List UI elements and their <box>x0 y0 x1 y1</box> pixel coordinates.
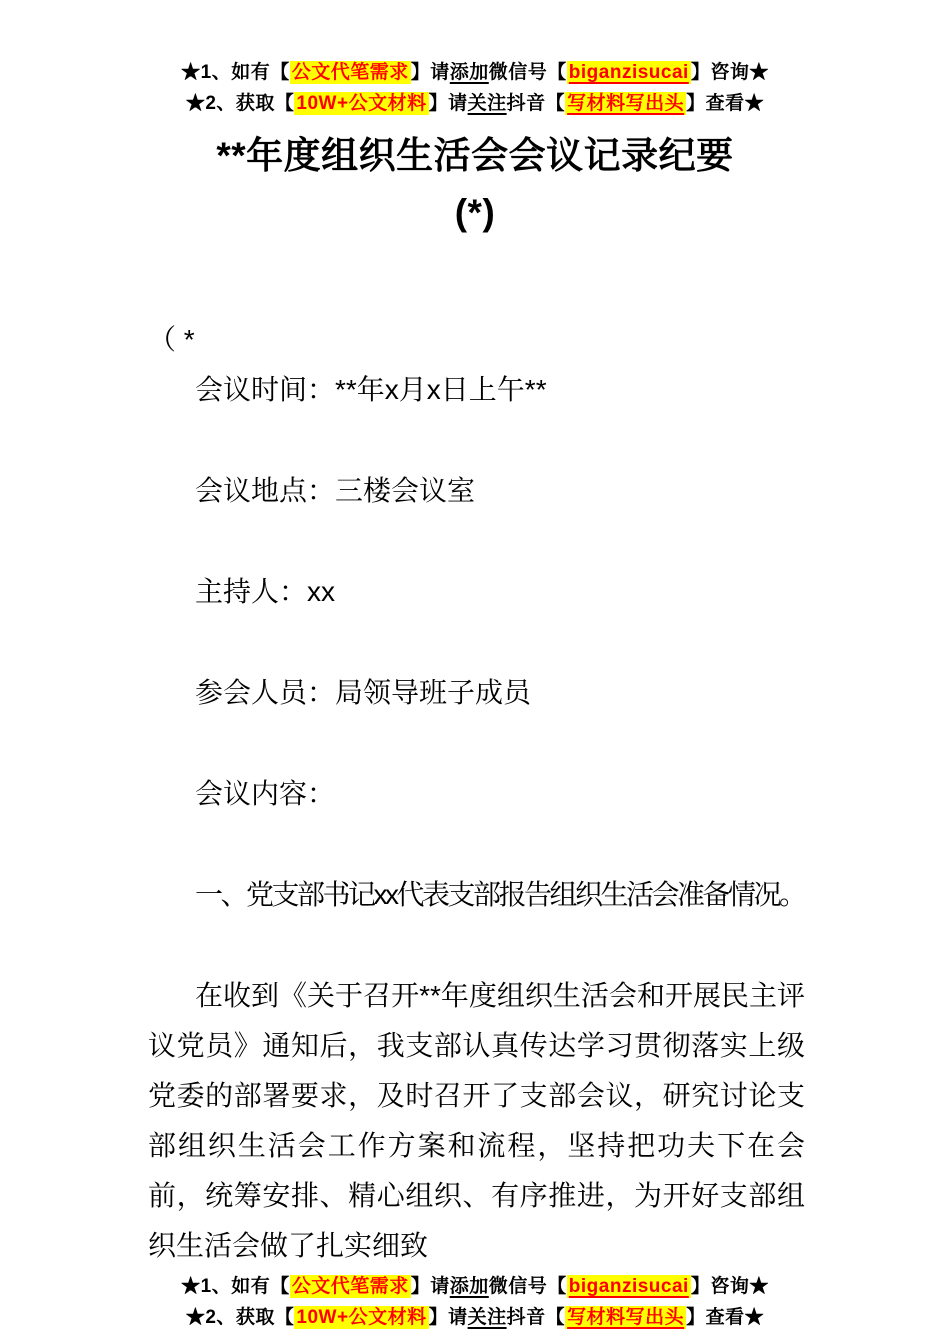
promo-segment: 】咨询★ <box>691 62 769 83</box>
intro-marker: （ * <box>148 315 805 365</box>
promo-segment: biganzisucai <box>567 1275 691 1298</box>
promo-segment: 关注 <box>468 1307 507 1328</box>
document-title: **年度组织生活会会议记录纪要 (*) <box>0 127 950 241</box>
promo-bottom-line-2: ★2、获取【10W+公文材料】请关注抖音【写材料写出头】查看★ <box>0 1302 950 1333</box>
promo-segment: ★1、如有【 <box>181 1276 290 1297</box>
promo-segment: 抖音【 <box>507 93 566 114</box>
promo-segment: 10W+公文材料 <box>294 1306 428 1329</box>
document-body: （ * 会议时间：**年x月x日上午** 会议地点：三楼会议室 主持人：xx 参… <box>148 315 805 1271</box>
promo-segment: ★1、如有【 <box>181 62 290 83</box>
section-1-heading: 一、党支部书记xx代表支部报告组织生活会准备情况。 <box>148 870 805 920</box>
promo-segment: 】查看★ <box>686 93 764 114</box>
promo-segment: ★2、获取【 <box>186 1307 295 1328</box>
title-line-1: **年度组织生活会会议记录纪要 <box>0 127 950 184</box>
content-label-line: 会议内容： <box>148 769 805 819</box>
promo-banner-bottom: ★1、如有【公文代笔需求】请添加微信号【biganzisucai】咨询★ ★2、… <box>0 1271 950 1333</box>
promo-segment: biganzisucai <box>567 61 691 84</box>
promo-segment: 添加 <box>450 1276 489 1297</box>
promo-segment: 写材料写出头 <box>565 1306 686 1329</box>
promo-segment: 写材料写出头 <box>565 92 686 115</box>
promo-segment: 】请 <box>429 1307 468 1328</box>
host-line: 主持人：xx <box>148 567 805 617</box>
promo-segment: 微信号【 <box>489 1276 567 1297</box>
promo-segment: 微信号【 <box>489 62 567 83</box>
promo-bottom-line-1: ★1、如有【公文代笔需求】请添加微信号【biganzisucai】咨询★ <box>0 1271 950 1302</box>
promo-segment: 】咨询★ <box>691 1276 769 1297</box>
promo-segment: 】请 <box>429 93 468 114</box>
section-1-paragraph: 在收到《关于召开**年度组织生活会和开展民主评议党员》通知后，我支部认真传达学习… <box>148 971 805 1271</box>
promo-top-line-1: ★1、如有【公文代笔需求】请添加微信号【biganzisucai】咨询★ <box>0 57 950 88</box>
document-page: ★1、如有【公文代笔需求】请添加微信号【biganzisucai】咨询★ ★2、… <box>0 0 950 1344</box>
promo-segment: 】请 <box>411 1276 450 1297</box>
promo-segment: ★2、获取【 <box>186 93 295 114</box>
title-line-2: (*) <box>0 184 950 241</box>
meeting-place-line: 会议地点：三楼会议室 <box>148 466 805 516</box>
promo-segment: 关注 <box>468 93 507 114</box>
promo-segment: 10W+公文材料 <box>294 92 428 115</box>
promo-segment: 添加 <box>450 62 489 83</box>
promo-top-line-2: ★2、获取【10W+公文材料】请关注抖音【写材料写出头】查看★ <box>0 88 950 119</box>
promo-segment: 公文代笔需求 <box>290 61 411 84</box>
promo-segment: 公文代笔需求 <box>290 1275 411 1298</box>
promo-segment: 】查看★ <box>686 1307 764 1328</box>
promo-segment: 】请 <box>411 62 450 83</box>
attendees-line: 参会人员：局领导班子成员 <box>148 668 805 718</box>
meeting-time-line: 会议时间：**年x月x日上午** <box>148 365 805 415</box>
promo-segment: 抖音【 <box>507 1307 566 1328</box>
promo-banner-top: ★1、如有【公文代笔需求】请添加微信号【biganzisucai】咨询★ ★2、… <box>0 0 950 119</box>
